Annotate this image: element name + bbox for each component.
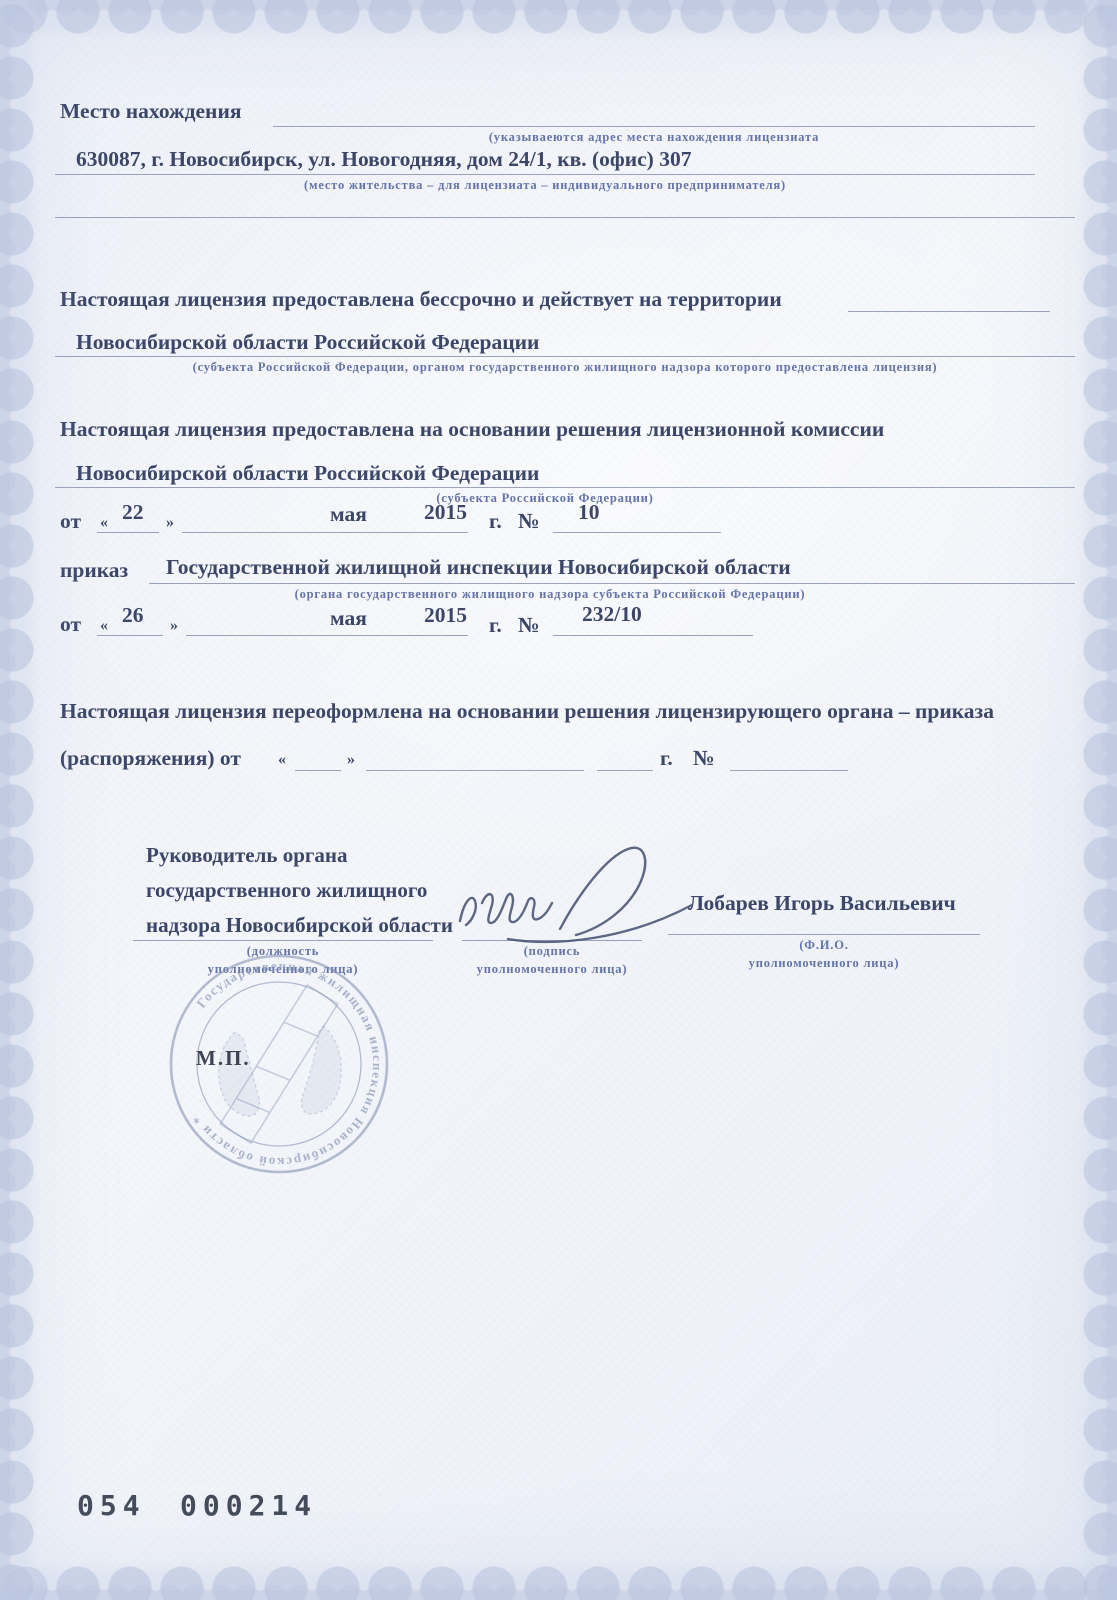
location-hint-1: (указываеются адрес места нахождения лиц… <box>273 130 1035 145</box>
location-value: 630087, г. Новосибирск, ул. Новогодняя, … <box>76 147 691 172</box>
guilloche-border-left <box>0 0 46 1600</box>
order-year: 2015 <box>424 603 467 628</box>
guilloche-border-right <box>1071 0 1117 1600</box>
basis-close-quote: » <box>166 514 174 532</box>
name-hint-line-2: уполномоченного лица) <box>668 956 980 971</box>
territory-hint: (субъекта Российской Федерации, органом … <box>55 360 1075 375</box>
order-hint: (органа государственного жилищного надзо… <box>150 587 950 602</box>
position-underline <box>133 940 433 941</box>
location-extra-line <box>55 217 1075 218</box>
basis-hint: (субъекта Российской Федерации) <box>300 491 790 506</box>
order-day: 26 <box>122 603 144 628</box>
order-month: мая <box>330 606 367 631</box>
reissue-open-quote: « <box>278 751 286 769</box>
basis-day: 22 <box>122 500 144 525</box>
territory-intro: Настоящая лицензия предоставлена бессроч… <box>60 287 782 312</box>
order-num: 232/10 <box>582 602 642 627</box>
order-month-line <box>186 635 468 636</box>
location-label: Место нахождения <box>60 99 241 124</box>
basis-underline <box>55 487 1075 488</box>
basis-num-line <box>553 532 721 533</box>
stamp-eagle-figures <box>219 1026 342 1116</box>
order-underline <box>149 583 1075 584</box>
order-day-line <box>97 635 163 636</box>
reissue-no-label: № <box>693 746 715 771</box>
reissue-prefix: (распоряжения) от <box>60 746 241 771</box>
basis-month: мая <box>330 502 367 527</box>
order-label: приказ <box>60 558 128 583</box>
name-hint-line-1: (Ф.И.О. <box>668 938 980 953</box>
reissue-close-quote: » <box>347 751 355 769</box>
form-number: 000214 <box>180 1489 317 1522</box>
reissue-day-line <box>295 770 341 771</box>
stamp-place-label: М.П. <box>196 1046 251 1071</box>
location-hint-2: (место жительства – для лицензиата – инд… <box>55 178 1035 193</box>
basis-date-ot: от <box>60 509 81 534</box>
signer-position-line-3: надзора Новосибирской области <box>146 913 453 938</box>
order-no-label: № <box>518 613 540 638</box>
basis-g-label: г. <box>489 509 502 534</box>
signature-stroke <box>560 848 645 935</box>
license-document-page: Место нахождения (указываеются адрес мес… <box>0 0 1117 1600</box>
basis-month-line <box>182 532 468 533</box>
basis-open-quote: « <box>100 514 108 532</box>
basis-no-label: № <box>518 509 540 534</box>
order-g-label: г. <box>489 613 502 638</box>
form-series: 054 <box>77 1489 146 1522</box>
location-underline <box>55 174 1035 175</box>
sign-hint-line-2: уполномоченного лица) <box>432 962 672 977</box>
order-open-quote: « <box>100 617 108 635</box>
reissue-month-line <box>366 770 584 771</box>
signer-position-line-1: Руководитель органа <box>146 843 348 868</box>
reissue-year-line <box>597 770 653 771</box>
location-blank-line <box>273 126 1035 127</box>
territory-underline <box>55 356 1075 357</box>
order-num-line <box>553 635 753 636</box>
name-underline <box>668 934 980 935</box>
territory-trailing-line <box>848 311 1050 312</box>
guilloche-border-top <box>0 0 1117 46</box>
basis-intro: Настоящая лицензия предоставлена на осно… <box>60 417 884 442</box>
basis-year: 2015 <box>424 500 467 525</box>
basis-value: Новосибирской области Российской Федерац… <box>76 461 539 486</box>
reissue-num-line <box>730 770 848 771</box>
signature-autograph <box>448 843 698 951</box>
order-value: Государственной жилищной инспекции Новос… <box>166 555 791 580</box>
signer-name: Лобарев Игорь Васильевич <box>688 891 956 916</box>
reissue-intro: Настоящая лицензия переоформлена на осно… <box>60 699 994 724</box>
signer-position-line-2: государственного жилищного <box>146 878 427 903</box>
basis-day-line <box>97 532 159 533</box>
order-close-quote: » <box>170 617 178 635</box>
signature-stroke <box>508 905 692 942</box>
basis-num: 10 <box>578 500 600 525</box>
reissue-g-label: г. <box>660 746 673 771</box>
order-date-ot: от <box>60 612 81 637</box>
territory-value: Новосибирской области Российской Федерац… <box>76 330 539 355</box>
signature-stroke <box>460 894 552 925</box>
guilloche-border-bottom <box>0 1554 1117 1600</box>
